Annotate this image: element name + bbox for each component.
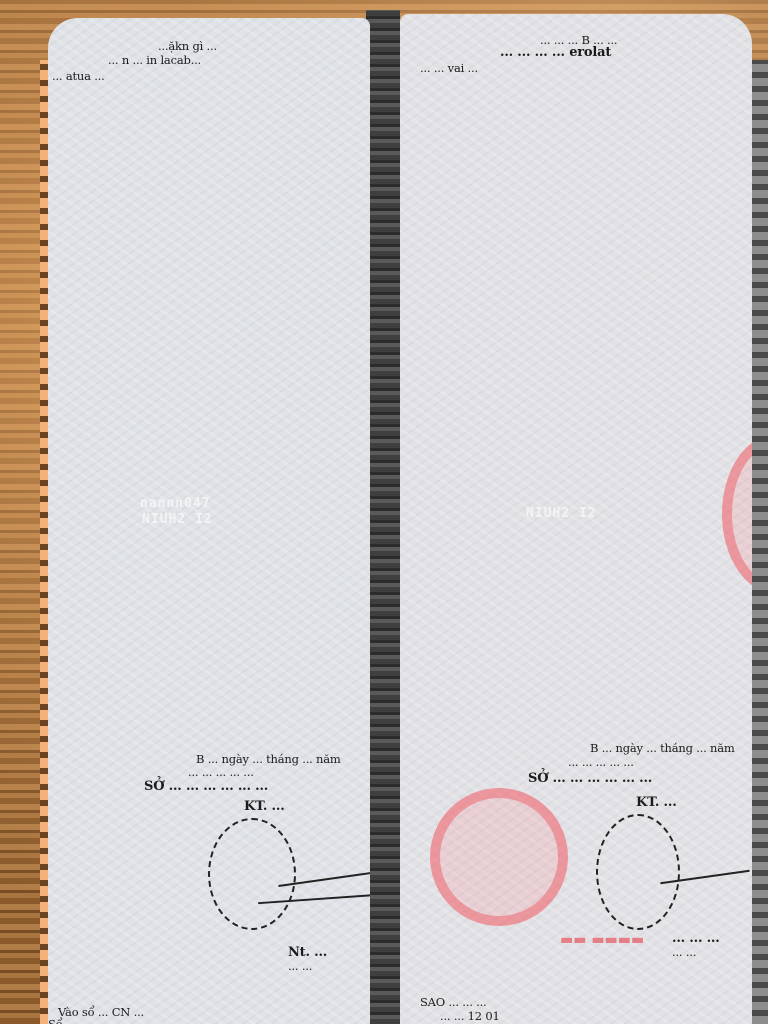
left-header-line: ... n ... in lacab... bbox=[108, 54, 201, 68]
signature-role: KT. ... bbox=[244, 800, 285, 814]
right-header-line: ... ... ... ... erolat bbox=[500, 46, 611, 60]
signature-title: ... ... ... ... ... bbox=[188, 766, 254, 780]
signature-title: ... ... ... ... ... bbox=[568, 756, 634, 770]
right-header-line: ... ... vai ... bbox=[420, 62, 478, 76]
book-binding bbox=[366, 10, 400, 1024]
left-page: ...ặkn gì ... ... n ... in lacab... ... … bbox=[48, 18, 370, 1024]
seal-red-edge bbox=[722, 434, 752, 594]
left-header-line: ... atua ... bbox=[52, 70, 105, 84]
footer-line: SAO ... ... ... bbox=[420, 996, 486, 1010]
id-code: NIUH2 I2 bbox=[526, 506, 597, 521]
seal-black bbox=[208, 818, 296, 930]
signature-date: B ... ngày ... tháng ... năm bbox=[590, 742, 735, 756]
id-code: nannn047 bbox=[140, 496, 211, 511]
footer-line: Sổ ... ... ... bbox=[48, 1018, 104, 1024]
signer-name: Nt. ... bbox=[288, 946, 327, 960]
seal-black bbox=[596, 814, 680, 930]
signature-role: KT. ... bbox=[636, 796, 677, 810]
red-signature-stamp: ▬▬ ▬▬▬▬ bbox=[560, 932, 644, 948]
right-page: ... ... ... B ... ... ... ... ... ... er… bbox=[400, 14, 752, 1024]
seal-red-large: red seal (faded, illegible) bbox=[430, 788, 568, 926]
left-header-line: ...ặkn gì ... bbox=[158, 40, 217, 54]
signer-sub: ... ... bbox=[288, 960, 312, 974]
footer-line: ... ... 12 01 bbox=[440, 1010, 500, 1024]
signature-title: SỞ ... ... ... ... ... ... bbox=[144, 780, 268, 794]
seal-red-text: red seal (faded, illegible) bbox=[466, 833, 532, 851]
signature-title: SỞ ... ... ... ... ... ... bbox=[528, 772, 652, 786]
signer-sub: ... ... bbox=[672, 946, 696, 960]
id-code: NIUH2 I2 bbox=[142, 512, 213, 527]
right-page-edge bbox=[752, 60, 768, 1024]
signer-name: ... ... ... bbox=[672, 932, 720, 946]
